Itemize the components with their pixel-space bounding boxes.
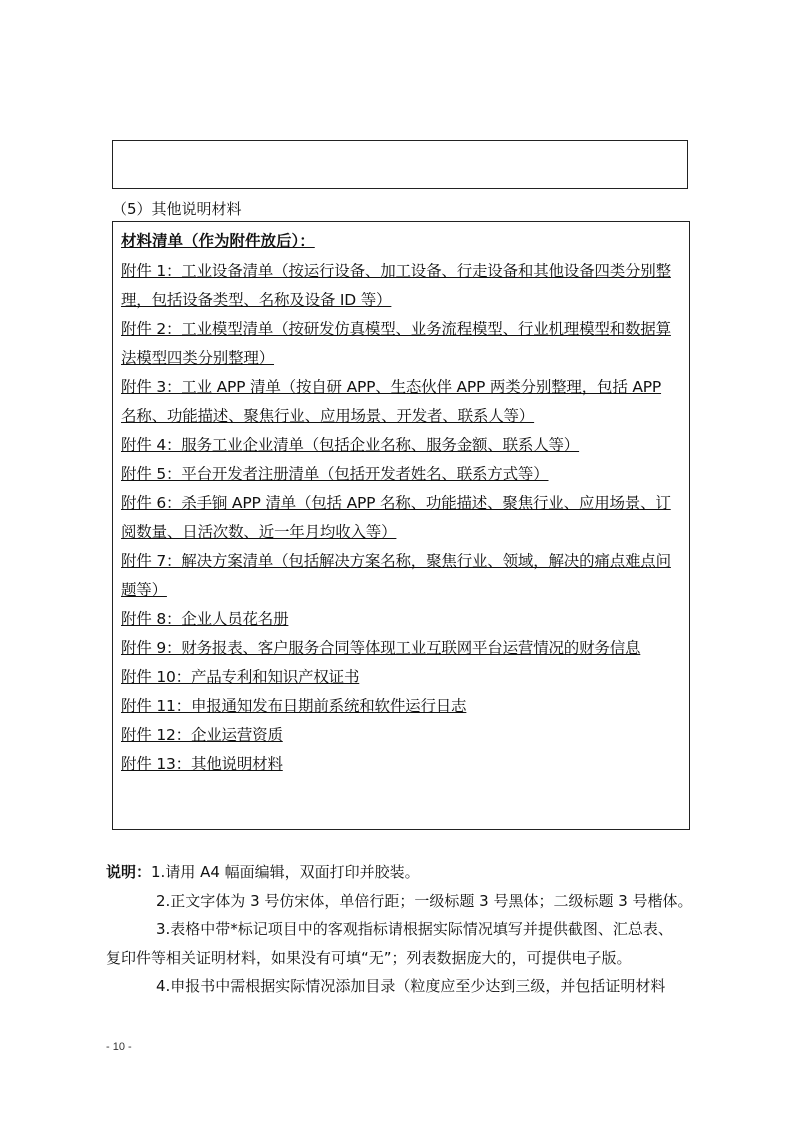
instructions-notes: 说明：1.请用 A4 幅面编辑，双面打印并胶装。 2.正文字体为 3 号仿宋体，… bbox=[106, 858, 701, 1001]
materials-list-title: 材料清单（作为附件放后）： bbox=[121, 228, 681, 254]
attachment-item-4: 附件 4：服务工业企业清单（包括企业名称、服务金额、联系人等） bbox=[121, 431, 681, 460]
attachment-item-7: 附件 7：解决方案清单（包括解决方案名称，聚焦行业、领域，解决的痛点难点问题等） bbox=[121, 547, 681, 605]
attachment-item-9: 附件 9：财务报表、客户服务合同等体现工业互联网平台运营情况的财务信息 bbox=[121, 634, 681, 663]
attachment-item-11: 附件 11：申报通知发布日期前系统和软件运行日志 bbox=[121, 692, 681, 721]
empty-table-cell bbox=[112, 140, 688, 189]
notes-label: 说明： bbox=[106, 863, 151, 881]
attachment-item-8: 附件 8：企业人员花名册 bbox=[121, 605, 681, 634]
attachment-item-10: 附件 10：产品专利和知识产权证书 bbox=[121, 663, 681, 692]
note-line-1: 说明：1.请用 A4 幅面编辑，双面打印并胶装。 bbox=[106, 858, 701, 887]
section-heading: （5）其他说明材料 bbox=[112, 199, 242, 219]
attachment-item-3: 附件 3：工业 APP 清单（按自研 APP、生态伙伴 APP 两类分别整理，包… bbox=[121, 373, 681, 431]
materials-list-box: 材料清单（作为附件放后）： 附件 1：工业设备清单（按运行设备、加工设备、行走设… bbox=[112, 221, 690, 830]
attachment-item-5: 附件 5：平台开发者注册清单（包括开发者姓名、联系方式等） bbox=[121, 460, 681, 489]
note-line-3-continued: 复印件等相关证明材料，如果没有可填“无”；列表数据庞大的，可提供电子版。 bbox=[106, 944, 701, 973]
note-line-3: 3.表格中带*标记项目中的客观指标请根据实际情况填写并提供截图、汇总表、 bbox=[106, 915, 701, 944]
attachment-item-13: 附件 13：其他说明材料 bbox=[121, 750, 681, 779]
note-text-1: 1.请用 A4 幅面编辑，双面打印并胶装。 bbox=[151, 863, 420, 881]
attachment-item-6: 附件 6：杀手锏 APP 清单（包括 APP 名称、功能描述、聚焦行业、应用场景… bbox=[121, 489, 681, 547]
attachment-item-12: 附件 12：企业运营资质 bbox=[121, 721, 681, 750]
note-line-2: 2.正文字体为 3 号仿宋体，单倍行距；一级标题 3 号黑体；二级标题 3 号楷… bbox=[106, 887, 701, 916]
attachment-item-1: 附件 1：工业设备清单（按运行设备、加工设备、行走设备和其他设备四类分别整理，包… bbox=[121, 257, 681, 315]
note-line-4: 4.申报书中需根据实际情况添加目录（粒度应至少达到三级，并包括证明材料 bbox=[106, 972, 701, 1001]
page-number: - 10 - bbox=[106, 1041, 132, 1053]
attachment-item-2: 附件 2：工业模型清单（按研发仿真模型、业务流程模型、行业机理模型和数据算法模型… bbox=[121, 315, 681, 373]
